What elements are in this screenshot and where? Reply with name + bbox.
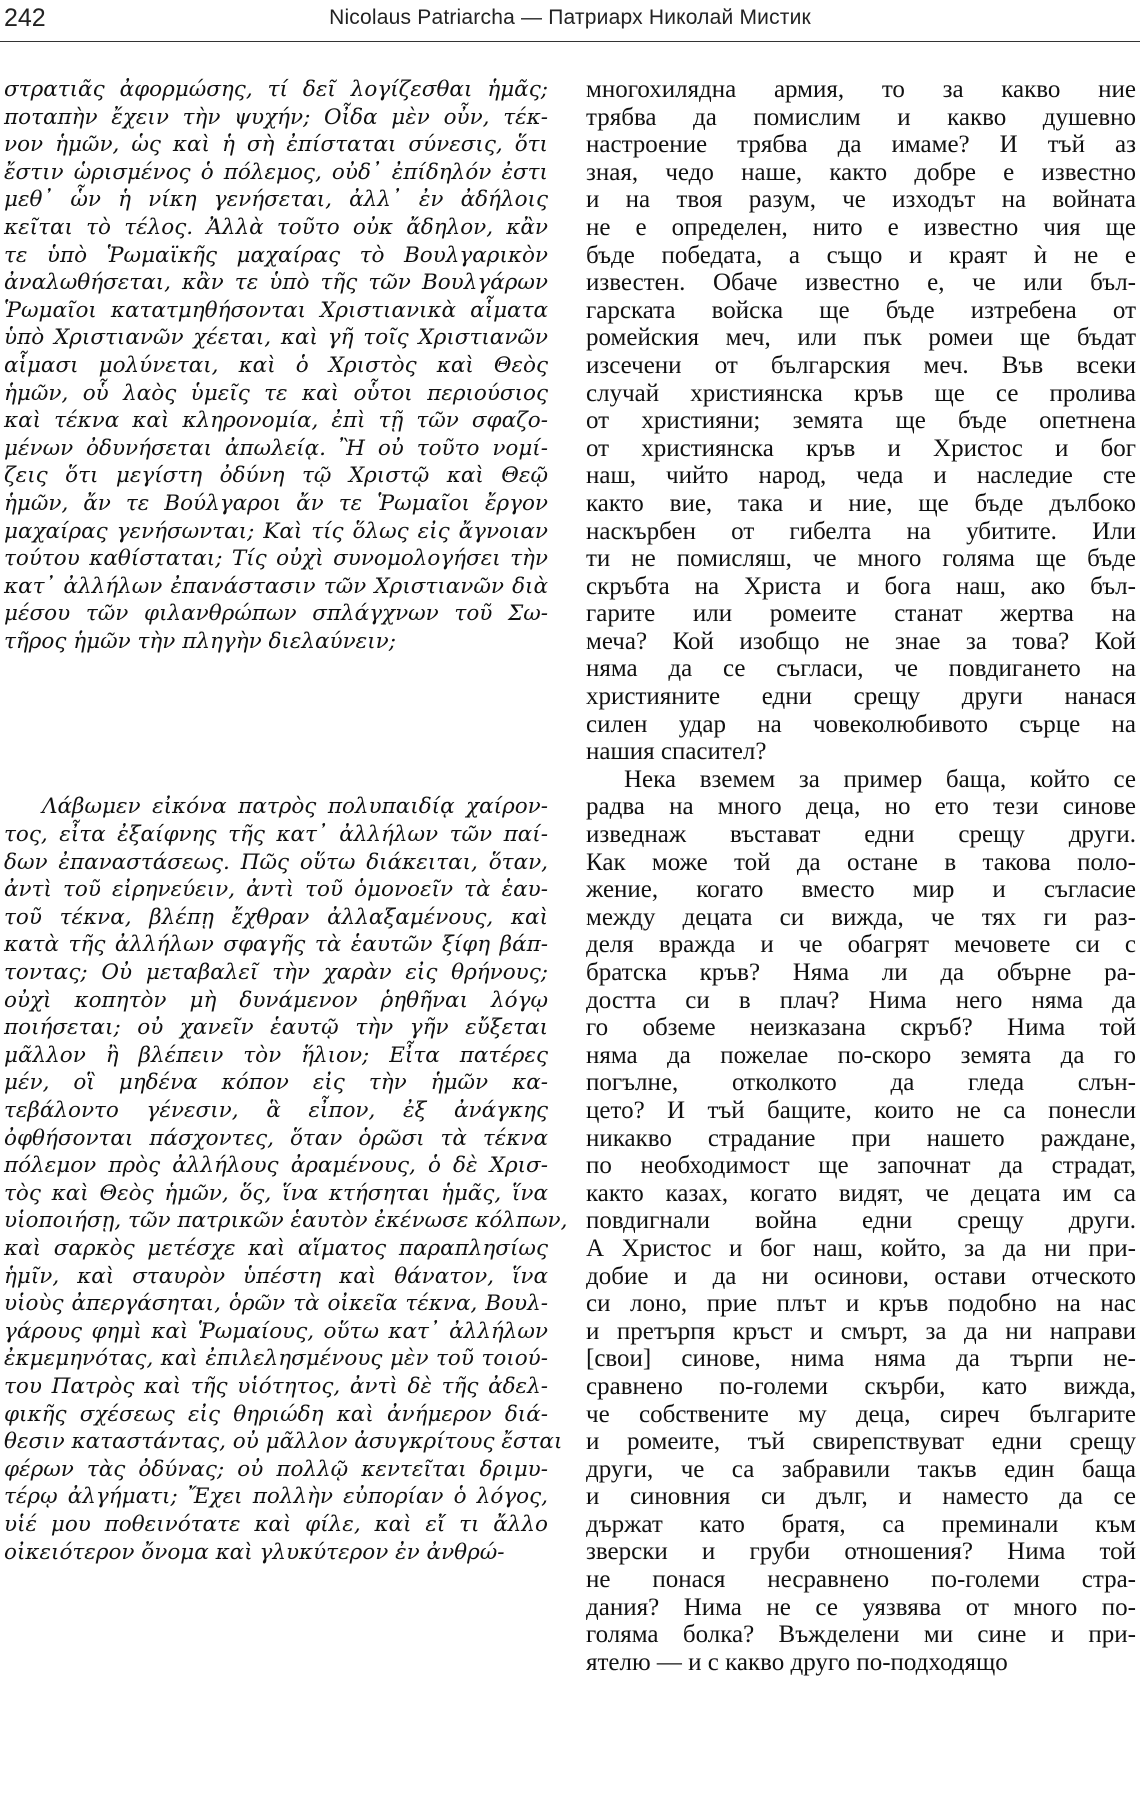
text-line: че собствените му деца, сиреч българите [586,1401,1136,1429]
text-line: φικῆς σχέσεως εἰς θηριώδη καὶ ἀνήμερον δ… [4,1401,548,1429]
text-line: ποιήσεται; οὐ χανεῖν ἑαυτῷ τὴν γῆν εὔξετ… [4,1014,548,1042]
header-rule [0,41,1140,42]
running-title: Nicolaus Patriarcha — Патриарх Николай М… [0,6,1140,30]
text-line: братска кръв? Няма ли да обърне ра- [586,959,1136,987]
text-line: μαχαίρας γενήσωνται; Καὶ τίς ὅλως εἰς ἄγ… [4,518,548,546]
text-line: κατ᾿ ἀλλήλων ἐπανάστασιν τῶν Χριστιανῶν … [4,573,548,601]
text-line: ζεις ὅτι μεγίστη ὀδύνη τῷ Χριστῷ καὶ Θεῷ [4,462,548,490]
text-line: ἡμῶν, οὗ λαὸς ὑμεῖς τε καὶ οὗτοι περιούσ… [4,380,548,408]
text-line: държат като братя, са преминали към [586,1511,1136,1539]
text-line: не понася несравнено по-големи стра- [586,1566,1136,1594]
text-line: στρατιᾶς ἀφορμώσης, τί δεῖ λογίζεσθαι ἡμ… [4,76,548,104]
text-line: деля вражда и че обагрят мечовете си с [586,931,1136,959]
text-line: νον ἡμῶν, ὡς καὶ ἡ σὴ ἐπίσταται σύνεσις,… [4,131,548,159]
paragraph-gap [4,655,548,793]
text-line: μᾶλλον ἢ βλέπειν τὸν ἥλιον; Εἶτα πατέρες [4,1042,548,1070]
text-line: сравнено по-големи скърби, като вижда, [586,1373,1136,1401]
bulgarian-paragraph-2: Нека вземем за пример баща, който серадв… [586,766,1136,1677]
text-line: αἷμασι μολύνεται, καὶ ὁ Χριστὸς καὶ Θεὸς [4,352,548,380]
text-line: υἱοποιήσῃ, τῶν πατρικῶν ἑαυτὸν ἐκένωσε κ… [4,1207,548,1235]
text-line: ἔστιν ὡρισμένος ὁ πόλεμος, οὐδ᾿ ἐπίδηλόν… [4,159,548,187]
text-line: τούτου καθίσταται; Τίς οὐχὶ συνομολογήσε… [4,545,548,573]
text-line: случай християнска кръв ще се пролива [586,380,1136,408]
text-line: меча? Кой изобщо не знае за това? Кой [586,628,1136,656]
text-line: гарската войска ще бъде изтребена от [586,297,1136,325]
text-line: κεῖται τὸ τέλος. Ἀλλὰ τοῦτο οὐκ ἄδηλον, … [4,214,548,242]
text-line: изведнаж въстават едни срещу други. [586,821,1136,849]
text-line: δων ἐπαναστάσεως. Πῶς οὕτω διάκειται, ὅτ… [4,849,548,877]
text-line: Нека вземем за пример баща, който се [586,766,1136,794]
text-line: ὑπὸ Χριστιανῶν χέεται, καὶ γῆ τοῖς Χριστ… [4,324,548,352]
bulgarian-translation-column: многохилядна армия, то за какво ниетрябв… [586,76,1136,1676]
text-line: жение, когато вместо мир и съгласие [586,876,1136,904]
text-line: добие и да ни осинови, остави отческото [586,1263,1136,1291]
text-line: А Христос и бог наш, който, за да ни при… [586,1235,1136,1263]
text-line: φέρων τὰς ὀδύνας; οὐ πολλῷ κεντεῖται δρι… [4,1456,548,1484]
text-line: τος, εἶτα ἐξαίφνης τῆς κατ᾿ ἀλλήλων τῶν … [4,821,548,849]
text-line: и ромеите, тъй свирепствуват едни срещу [586,1428,1136,1456]
text-line: μένων ὀδυνήσεται ἀπωλείᾳ. Ἢ οὐ τοῦτο νομ… [4,435,548,463]
text-line: ἀναλωθήσεται, κἂν τε ὑπὸ τῆς τῶν Βουλγάρ… [4,269,548,297]
text-line: голяма болка? Въжделени ми сине и при- [586,1621,1136,1649]
text-line: силен удар на човеколюбивото сърце на [586,711,1136,739]
text-line: ἡμῖν, καὶ σταυρὸν ὑπέστη καὶ θάνατον, ἵν… [4,1263,548,1291]
text-line: зверски и груби отношения? Нима той [586,1538,1136,1566]
text-line: достта си в плач? Нима него няма да [586,987,1136,1015]
text-line: μεθ᾿ ὧν ἡ νίκη γενήσεται, ἀλλ᾿ ἐν ἀδήλοι… [4,186,548,214]
greek-paragraph-2: Λάβωμεν εἰκόνα πατρὸς πολυπαιδίᾳ χαίρον-… [4,793,548,1566]
text-line: ἡμῶν, ἄν τε Βούλγαροι ἄν τε Ῥωμαῖοι ἔργο… [4,490,548,518]
text-line: Ῥωμαῖοι κατατμηθήσονται Χριστιανικὰ αἷμα… [4,297,548,325]
text-line: Как може той да остане в такова поло- [586,849,1136,877]
text-line: ятелю — и с какво друго по-подходящо [586,1649,1136,1677]
text-line: υἱέ μου ποθεινότατε καὶ φίλε, καὶ εἴ τι … [4,1511,548,1539]
text-line: καὶ σαρκὸς μετέσχε καὶ αἵματος παραπλησί… [4,1235,548,1263]
greek-text-column: στρατιᾶς ἀφορμώσης, τί δεῖ λογίζεσθαι ἡμ… [4,76,548,1566]
text-line: του Πατρὸς καὶ τῆς υἱότητος, ἀντὶ δὲ τῆς… [4,1373,548,1401]
text-line: бъде победата, а също и краят ѝ не е [586,242,1136,270]
text-line: гарите или ромеите станат жертва на [586,600,1136,628]
text-line: между децата си вижда, че тях ги раз- [586,904,1136,932]
text-line: както вие, така и ние, ще бъде дълбоко [586,490,1136,518]
text-line: няма да се съгласи, че повдигането на [586,655,1136,683]
text-line: други, че са забравили такъв един баща [586,1456,1136,1484]
text-line: зная, чедо наше, както добре е известно [586,159,1136,187]
text-line: πόλεμον πρὸς ἀλλήλους ἀραμένους, ὁ δὲ Χρ… [4,1152,548,1180]
text-line: нашия спасител? [586,738,1136,766]
text-line: τοντας; Οὐ μεταβαλεῖ τὴν χαρὰν εἰς θρήνο… [4,959,548,987]
text-line: никакво страдание при нашето раждане, [586,1125,1136,1153]
text-line: повдигнали война едни срещу други. [586,1207,1136,1235]
text-line: изсечени от българския меч. Във всеки [586,352,1136,380]
text-line: τὸς καὶ Θεὸς ἡμῶν, ὅς, ἵνα κτήσηται ἡμᾶς… [4,1180,548,1208]
text-line: радва на много деца, но ето тези синове [586,793,1136,821]
text-line: τε ὑπὸ Ῥωμαϊκῆς μαχαίρας τὸ Βουλγαρικὸν [4,242,548,270]
text-line: си лоно, прие плът и кръв подобно на нас [586,1290,1136,1318]
text-line: християните едни срещу други нанася [586,683,1136,711]
text-line: ἀντὶ τοῦ εἰρηνεύειν, ἀντὶ τοῦ ὁμονοεῖν τ… [4,876,548,904]
text-line: както казах, когато видят, че децата им … [586,1180,1136,1208]
text-line: καὶ τέκνα καὶ κληρονομία, ἐπὶ τῇ τῶν σφα… [4,407,548,435]
text-line: τεβάλοντο γένεσιν, ἃ εἶπον, ἐξ ἀνάγκης [4,1097,548,1125]
text-line: ὀφθήσονται πάσχοντες, ὅταν ὁρῶσι τὰ τέκν… [4,1125,548,1153]
text-line: ти не помисляш, че много голяма ще бъде [586,545,1136,573]
text-line: θεσιν καταστάντας, οὐ μᾶλλον ἀσυγκρίτους… [4,1428,548,1456]
text-line: οἰκειότερον ὄνομα καὶ γλυκύτερον ἐν ἀνθρ… [4,1539,548,1567]
text-line: τῆρος ἡμῶν τὴν πληγὴν διελαύνειν; [4,628,548,656]
text-line: трябва да помислим и какво душевно [586,104,1136,132]
text-line: наскърбен от гибелта на убитите. Или [586,518,1136,546]
text-line: ἐκμεμηνότας, καὶ ἐπιλελησμένους μὲν τοῦ … [4,1345,548,1373]
text-line: μέν, οἳ μηδένα κόπον εἰς τὴν ἡμῶν κα- [4,1069,548,1097]
text-line: многохилядна армия, то за какво ние [586,76,1136,104]
text-line: [свои] синове, нима няма да търпи не- [586,1345,1136,1373]
text-line: κατὰ τῆς ἀλλήλων σφαγῆς τὰ ἑαυτῶν ξίφη β… [4,931,548,959]
text-line: от християни; земята ще бъде опетнена [586,407,1136,435]
text-line: наш, чийто народ, чеда и наследие сте [586,462,1136,490]
text-line: известен. Обаче известно е, че или бъл- [586,269,1136,297]
text-line: ποταπὴν ἔχειν τὴν ψυχήν; Οἶδα μὲν οὖν, τ… [4,104,548,132]
text-line: не е определен, нито е известно чия ще [586,214,1136,242]
text-line: го обземе неизказана скръб? Нима той [586,1014,1136,1042]
bulgarian-paragraph-1: многохилядна армия, то за какво ниетрябв… [586,76,1136,766]
greek-paragraph-1: στρατιᾶς ἀφορμώσης, τί δεῖ λογίζεσθαι ἡμ… [4,76,548,655]
text-line: и синовния си дълг, и наместо да се [586,1483,1136,1511]
text-line: ромейския меч, или пък ромеи ще бъдат [586,324,1136,352]
page-header: 242 Nicolaus Patriarcha — Патриарх Никол… [0,0,1140,40]
text-line: τέρῳ ἀλγήματι; Ἔχει πολλὴν εὐπορίαν ὁ λό… [4,1483,548,1511]
text-line: настроение трябва да имаме? И тъй аз [586,131,1136,159]
text-line: няма да пожелае по-скоро земята да го [586,1042,1136,1070]
text-line: погълне, отколкото да гледа слън- [586,1069,1136,1097]
text-line: Λάβωμεν εἰκόνα πατρὸς πολυπαιδίᾳ χαίρον- [4,793,548,821]
text-line: γάρους φημὶ καὶ Ῥωμαίους, οὕτω κατ᾿ ἀλλή… [4,1318,548,1346]
text-line: от християнска кръв и Христос и бог [586,435,1136,463]
text-line: μέσου τῶν φιλανθρώπων σπλάγχνων τοῦ Σω- [4,600,548,628]
text-line: по необходимост ще започнат да страдат, [586,1152,1136,1180]
text-line: и претърпя кръст и смърт, за да ни напра… [586,1318,1136,1346]
text-line: скръбта на Христа и бога наш, ако бъл- [586,573,1136,601]
text-line: υἱοὺς ἀπεργάσηται, ὁρῶν τὰ οἰκεῖα τέκνα,… [4,1290,548,1318]
text-line: дания? Нима не се уязвява от много по- [586,1594,1136,1622]
text-line: οὐχὶ κοπητὸν μὴ δυνάμενον ῥηθῆναι λόγῳ [4,987,548,1015]
text-line: цето? И тъй бащите, които не са понесли [586,1097,1136,1125]
text-line: τοῦ τέκνα, βλέπῃ ἔχθραν ἀλλαξαμένους, κα… [4,904,548,932]
text-line: и на твоя разум, че изходът на войната [586,186,1136,214]
